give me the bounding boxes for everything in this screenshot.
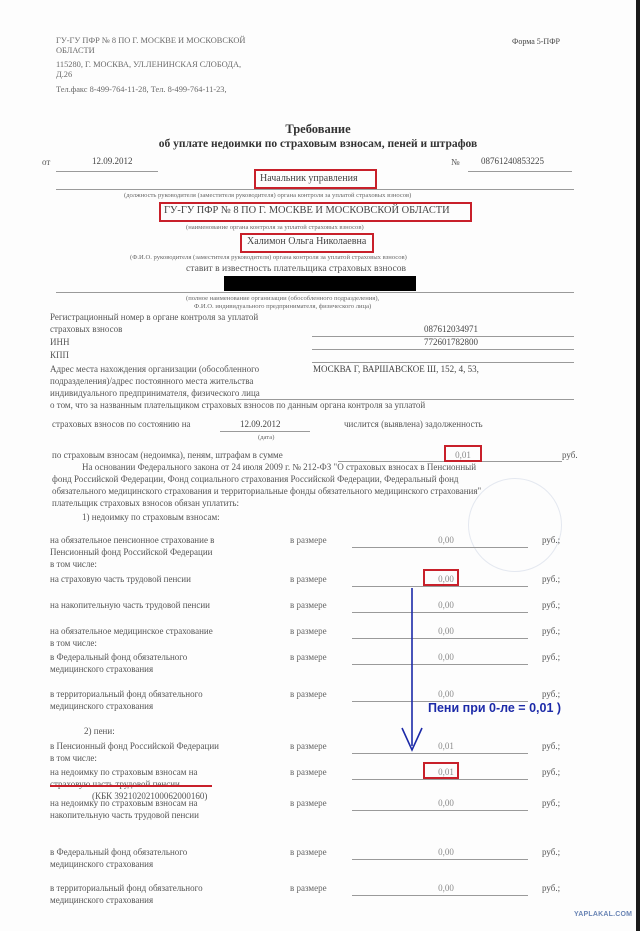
faint-stamp: [468, 478, 562, 572]
amount-value: 0,00: [411, 847, 481, 857]
number-prefix: №: [451, 157, 460, 167]
amount-underline: [352, 612, 528, 613]
row-label-1: в том числе:: [50, 559, 97, 569]
law-line3: обязательного медицинского страхования и…: [52, 486, 481, 496]
in-size-label: в размере: [290, 689, 327, 699]
in-size-label: в размере: [290, 798, 327, 808]
sender-phones: Тел.факс 8-499-764-11-28, Тел. 8-499-764…: [56, 84, 227, 95]
row-label-1: в территориальный фонд обязательного: [50, 883, 203, 893]
amount-underline: [352, 753, 528, 754]
in-size-label: в размере: [290, 741, 327, 751]
document-date: 12.09.2012: [92, 156, 133, 166]
row-label-1: на страховую часть трудовой пенсии: [50, 574, 191, 584]
issuer-fio: Халимон Ольга Николаевна: [247, 236, 366, 247]
row-label-2: медицинского страхования: [50, 859, 153, 869]
arrow-down-icon: [398, 586, 426, 754]
date-caption: (дата): [258, 434, 274, 441]
amount-value: 0,00: [411, 798, 481, 808]
address-label-2: подразделения)/адрес постоянного места ж…: [50, 376, 253, 386]
row-label-1: на накопительную часть трудовой пенсии: [50, 600, 210, 610]
section1-title: 1) недоимку по страховым взносам:: [82, 512, 220, 522]
position-caption: (должность руководителя (заместителя рук…: [124, 192, 411, 199]
document-page: ГУ-ГУ ПФР № 8 ПО Г. МОСКВЕ И МОСКОВСКОЙ …: [0, 0, 636, 931]
section2-title: 2) пени:: [84, 726, 115, 736]
amount-underline: [352, 859, 528, 860]
amount-underline: [352, 547, 528, 548]
amount-value: 0,00: [411, 883, 481, 893]
highlight-box-amount: [423, 569, 459, 586]
row-label-1: на обязательное пенсионное страхование в: [50, 535, 214, 545]
law-line1: На основании Федерального закона от 24 и…: [82, 462, 476, 472]
row-label-1: на обязательное медицинское страхование: [50, 626, 213, 636]
law-line2: фонд Российской Федерации, Фонд социальн…: [52, 474, 459, 484]
currency-label: руб.;: [542, 883, 560, 893]
amount-underline: [352, 779, 528, 780]
reg-label-2: страховых взносов: [50, 324, 122, 334]
amount-underline: [352, 895, 528, 896]
payer-address: МОСКВА Г, ВАРШАВСКОЕ Ш, 152, 4, 53,: [313, 364, 479, 374]
document-number: 08761240853225: [481, 156, 544, 166]
sender-address-line2: Д.26: [56, 69, 72, 80]
currency-label: руб.;: [542, 847, 560, 857]
annotation-note: Пени при 0-ле = 0,01 ): [428, 701, 561, 715]
currency-label: руб.;: [542, 600, 560, 610]
reg-number: 087612034971: [424, 324, 478, 334]
currency-label: руб.;: [542, 535, 560, 545]
form-name: Форма 5-ПФР: [512, 37, 560, 46]
fio-caption: (Ф.И.О. руководителя (заместителя руково…: [130, 254, 407, 261]
inn-label: ИНН: [50, 337, 70, 347]
amount-underline: [352, 664, 528, 665]
scan-edge: [636, 0, 640, 931]
in-size-label: в размере: [290, 847, 327, 857]
issuer-organ: ГУ-ГУ ПФР № 8 ПО Г. МОСКВЕ И МОСКОВСКОЙ …: [164, 205, 450, 216]
in-size-label: в размере: [290, 574, 327, 584]
sender-address-line1: 115280, Г. МОСКВА, УЛ.ЛЕНИНСКАЯ СЛОБОДА,: [56, 59, 241, 70]
sender-org-line2: ОБЛАСТИ: [56, 45, 95, 56]
reg-label-1: Регистрационный номер в органе контроля …: [50, 312, 258, 322]
body-line1: о том, что за названным плательщиком стр…: [50, 400, 425, 410]
currency-label: руб.;: [542, 798, 560, 808]
number-underline: [468, 171, 572, 172]
document-subtitle: об уплате недоимки по страховым взносам,…: [0, 138, 636, 150]
highlight-box-amount: [423, 762, 459, 779]
issuer-position: Начальник управления: [260, 173, 358, 184]
row-label-1: в территориальный фонд обязательного: [50, 689, 203, 699]
body-line2-prefix: страховых взносов по состоянию на: [52, 419, 191, 429]
currency-label: руб.;: [542, 626, 560, 636]
date-underline: [56, 171, 158, 172]
in-size-label: в размере: [290, 535, 327, 545]
row-label-2: накопительную часть трудовой пенсии: [50, 810, 199, 820]
notifies-text: ставит в известность плательщика страхов…: [186, 263, 406, 274]
currency-label: руб.;: [542, 689, 560, 699]
label-underline-highlight: [50, 785, 212, 787]
row-label-1: на недоимку по страховым взносам на: [50, 767, 198, 777]
currency-label: руб.;: [542, 652, 560, 662]
inn-underline: [312, 349, 574, 350]
watermark: YAPLAKAL.COM: [574, 911, 632, 918]
total-sum: 0,01: [428, 450, 498, 460]
date-prefix: от: [42, 157, 50, 167]
in-size-label: в размере: [290, 652, 327, 662]
row-label-2: Пенсионный фонд Российской Федерации: [50, 547, 212, 557]
body-line2-suffix: числится (выявлена) задолженность: [344, 419, 483, 429]
row-label-2: в том числе:: [50, 753, 97, 763]
state-date-underline: [220, 431, 310, 432]
row-label-1: в Федеральный фонд обязательного: [50, 652, 187, 662]
row-label-1: на недоимку по страховым взносам на: [50, 798, 198, 808]
row-label-2: медицинского страхования: [50, 664, 153, 674]
inn-value: 772601782800: [424, 337, 478, 347]
kpp-underline: [312, 362, 574, 363]
amount-underline: [352, 638, 528, 639]
row-label-2: страховую часть трудовой пенсии: [50, 779, 180, 789]
body-line3-prefix: по страховым взносам (недоимка), пеням, …: [52, 450, 283, 460]
organ-caption: (наименование органа контроля за уплатой…: [186, 224, 364, 231]
amount-underline: [352, 586, 528, 587]
row-label-1: в Федеральный фонд обязательного: [50, 847, 187, 857]
amount-underline: [352, 810, 528, 811]
address-label-1: Адрес места нахождения организации (обос…: [50, 364, 259, 374]
payer-caption-1: (полное наименование организации (обособ…: [186, 295, 379, 302]
row-label-2: медицинского страхования: [50, 701, 153, 711]
row-label-2: медицинского страхования: [50, 895, 153, 905]
amount-value: 0,00: [411, 535, 481, 545]
state-date: 12.09.2012: [240, 419, 281, 429]
payer-name-underline: [56, 292, 574, 293]
currency-label: руб.;: [542, 574, 560, 584]
currency-label: руб.;: [542, 741, 560, 751]
total-currency: руб.: [562, 450, 578, 460]
position-underline: [56, 189, 574, 190]
in-size-label: в размере: [290, 626, 327, 636]
row-label-1: в Пенсионный фонд Российской Федерации: [50, 741, 219, 751]
in-size-label: в размере: [290, 767, 327, 777]
in-size-label: в размере: [290, 883, 327, 893]
document-title: Требование: [0, 122, 636, 137]
in-size-label: в размере: [290, 600, 327, 610]
kpp-label: КПП: [50, 350, 69, 360]
row-label-2: в том числе:: [50, 638, 97, 648]
payer-name-redacted: [224, 276, 416, 291]
payer-caption-2: Ф.И.О. индивидуального предпринимателя, …: [194, 303, 371, 310]
currency-label: руб.;: [542, 767, 560, 777]
law-line4: плательщик страховых взносов обязан упла…: [52, 498, 239, 508]
address-label-3: индивидуального предпринимателя, физичес…: [50, 388, 260, 398]
